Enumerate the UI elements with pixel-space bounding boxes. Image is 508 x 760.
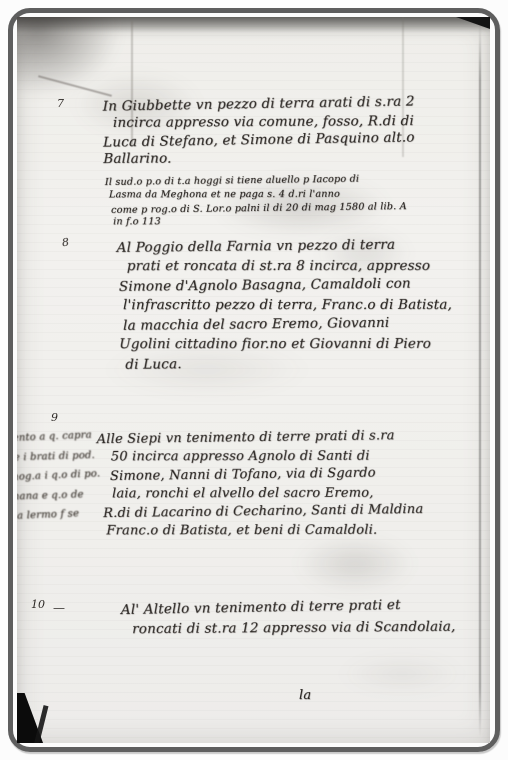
gloss-line: na lermo f se [17,503,107,526]
manuscript-page: 7 In Giubbette vn pezzo di terra arati d… [17,17,490,743]
manuscript-line: laia, ronchi el alvello del sacro Eremo, [112,484,423,503]
manuscript-line: 50 incirca appresso Agnolo di Santi di [111,447,423,466]
interlinear-note: Il sud.o p.o di t.a hoggi si tiene aluel… [105,173,407,230]
stain [337,653,467,695]
manuscript-line: Al Poggio della Farnia vn pezzo di terra [117,235,452,258]
entry-paragraph: Alle Siepi vn tenimento di terre prati d… [97,428,424,541]
entry-margin-number: 7 [57,97,64,110]
entry-margin-number: 8 [61,236,70,250]
manuscript-line: Ugolini cittadino fior.no et Giovanni di… [119,334,452,354]
manuscript-line: di Luca. [125,352,452,375]
marginal-gloss: rento a q. capra se i brati di pod. mog.… [17,425,107,526]
manuscript-line: Ballarino. [103,148,415,168]
manuscript-line: Alle Siepi vn tenimento di terre prati d… [97,427,423,450]
manuscript-line: la macchia del sacro Eremo, Giovanni [123,313,452,336]
entry-paragraph: Al Poggio della Farnia vn pezzo di terra… [117,236,453,374]
note-line: in f.o 113 [113,215,407,230]
entry-margin-number: 9 [51,411,58,424]
manuscript-line: Simone, Nanni di Tofano, via di Sgardo [110,464,423,487]
catchword: la [299,688,311,703]
stain [295,535,415,593]
manuscript-line: roncati di st.ra 12 appresso via di Scan… [132,617,456,641]
manuscript-line: Franc.o di Batista, et beni di Camaldoli… [106,521,423,540]
manuscript-line: Simone d'Agnolo Basagna, Camaldoli con [119,274,452,297]
entry-margin-number: 10 [31,598,45,611]
entry-paragraph: In Giubbette vn pezzo di terra arati di … [103,93,416,168]
page-edge-line [479,23,481,737]
manuscript-line: prati et roncata di st.ra 8 incirca, app… [127,256,452,276]
entry-paragraph: Al' Altello vn tenimento di terre prati … [121,595,456,641]
manuscript-line: R.di di Lacarino di Cecharino, Santi di … [103,501,423,524]
manuscript-line: l'infrascritto pezzo di terra, Franc.o d… [123,295,452,315]
manuscript-scan-view: { "colors": { "ink": "#2b2724", "paper":… [0,0,508,760]
margin-dash: — [53,601,64,615]
